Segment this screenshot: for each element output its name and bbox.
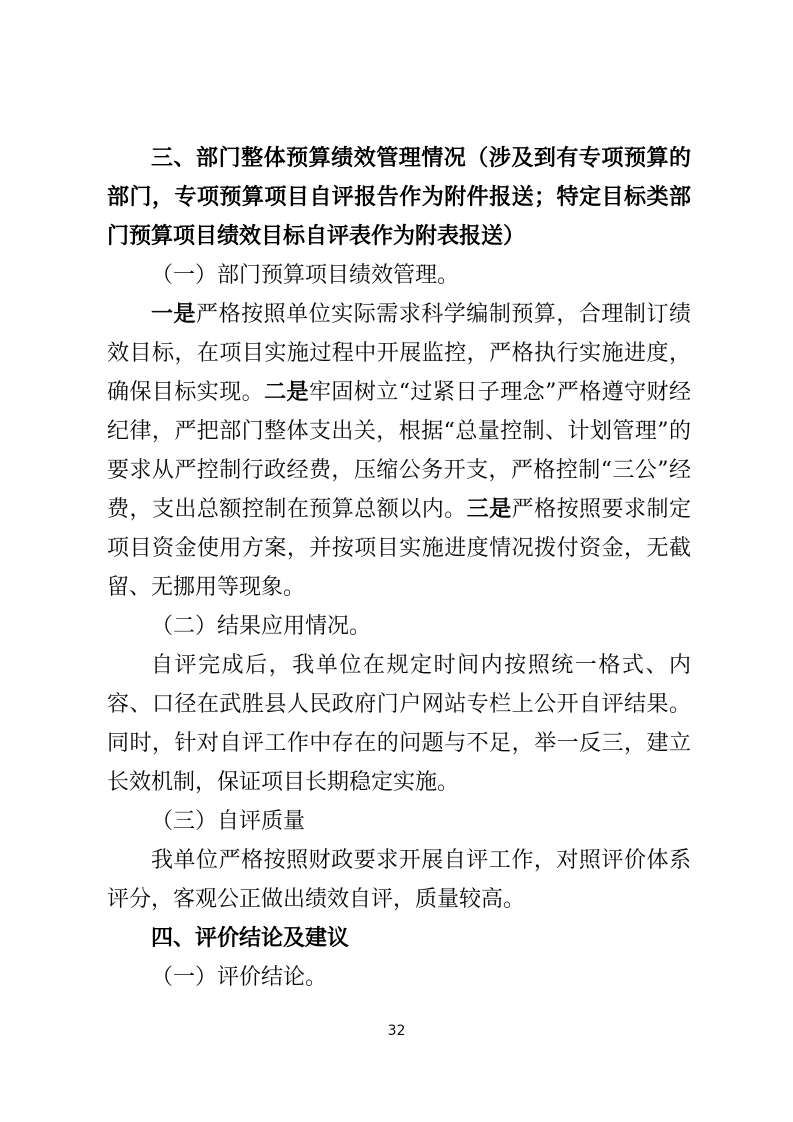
section-4-1-subheading: （一）评价结论。 — [107, 958, 691, 997]
text-run: 二是 — [264, 379, 309, 405]
document-page: 三、部门整体预算绩效管理情况（涉及到有专项预算的部门，专项预算项目自评报告作为附… — [0, 0, 793, 1122]
text-run: 我单位严格按照财政要求开展自评工作，对照评价体系评分，客观公正做出绩效自评，质量… — [107, 848, 691, 912]
text-run: 自评完成后，我单位在规定时间内按照统一格式、内容、口径在武胜县人民政府门户网站专… — [107, 653, 691, 795]
section-3-3-body: 我单位严格按照财政要求开展自评工作，对照评价体系评分，客观公正做出绩效自评，质量… — [107, 841, 691, 919]
text-run: （一）部门预算项目绩效管理。 — [151, 263, 459, 288]
section-3-2-subheading: （二）结果应用情况。 — [107, 607, 691, 646]
section-3-1-body: 一是严格按照单位实际需求科学编制预算，合理制订绩效目标，在项目实施过程中开展监控… — [107, 295, 691, 607]
text-run: 三是 — [467, 496, 512, 522]
text-run: 一是 — [151, 301, 196, 327]
section-4-heading: 四、评价结论及建议 — [107, 919, 691, 958]
text-run: （一）评价结论。 — [151, 965, 327, 990]
section-3-3-subheading: （三）自评质量 — [107, 802, 691, 841]
text-run: （三）自评质量 — [151, 809, 305, 834]
page-number: 32 — [0, 1021, 793, 1041]
section-3-1-subheading: （一）部门预算项目绩效管理。 — [107, 256, 691, 295]
section-3-heading: 三、部门整体预算绩效管理情况（涉及到有专项预算的部门，专项预算项目自评报告作为附… — [107, 139, 691, 256]
document-body: 三、部门整体预算绩效管理情况（涉及到有专项预算的部门，专项预算项目自评报告作为附… — [107, 139, 691, 997]
text-run: （二）结果应用情况。 — [151, 614, 371, 639]
text-run: 三、部门整体预算绩效管理情况（涉及到有专项预算的部门，专项预算项目自评报告作为附… — [107, 146, 691, 249]
text-run: 四、评价结论及建议 — [151, 926, 349, 951]
section-3-2-body: 自评完成后，我单位在规定时间内按照统一格式、内容、口径在武胜县人民政府门户网站专… — [107, 646, 691, 802]
